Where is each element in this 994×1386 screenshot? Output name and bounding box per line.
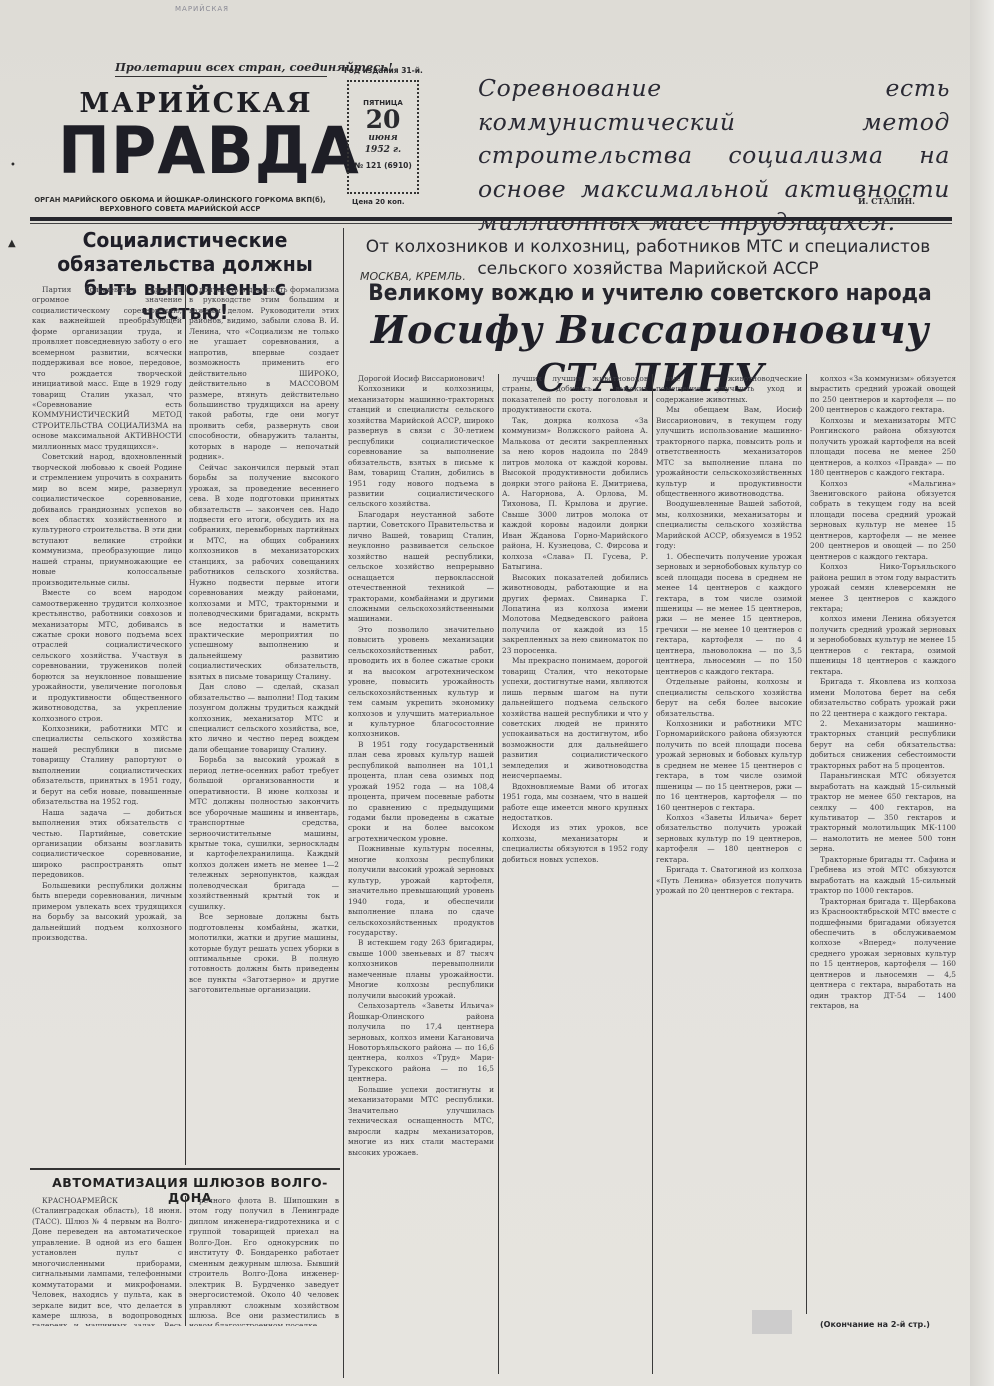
paragraph: Высоких показателей добились животноводы… [502,573,648,657]
masthead-title-main: ПРАВДА [58,114,328,188]
motto: Пролетарии всех стран, соединяйтесь! [115,60,327,77]
masthead-rule-thin [30,223,952,224]
column-divider [185,285,186,1165]
quote-author: И. СТАЛИН. [858,196,915,206]
paragraph: КРАСНОАРМЕЙСК (Сталинградская область), … [32,1196,182,1326]
continued-note: (Окончание на 2-й стр.) [820,1320,930,1329]
column-divider [652,374,653,1374]
paragraph: Большие успехи достигнуты и механизатора… [348,1085,494,1158]
letter-column-1: Дорогой Иосиф Виссарионович!Колхозники и… [348,374,494,1374]
letter-column-4: колхоз «За коммунизм» обязуется вырастит… [810,374,956,1318]
year: 1952 г. [349,144,417,156]
paragraph: Вместе со всем народом самоотверженно тр… [32,588,182,724]
paragraph: Наша задача — добиться выполнения этих о… [32,808,182,881]
print-smudge [752,1310,792,1334]
paragraph: Параньгинская МТС обязуется выработать н… [810,771,956,855]
paragraph: допускать в допускать формализма в руков… [189,285,339,463]
paragraph: Воодушевленные Вашей заботой, мы, колхоз… [656,499,802,551]
paragraph: Сейчас закончился первый этап борьбы за … [189,463,339,683]
paragraph: Тракторные бригады тт. Сафина и Гребнева… [810,855,956,897]
letter-column-2: лучших лучших животноводов страны, добил… [502,374,648,1374]
paragraph: Колхозники, работники МТС и специалисты … [32,724,182,808]
paragraph: колхоз «За коммунизм» обязуется вырастит… [810,374,956,416]
paragraph: Советский народ, вдохновленный творческо… [32,452,182,588]
paragraph: Исходя из этих уроков, все колхозы, меха… [502,823,648,865]
column-divider [806,374,807,1314]
masthead-organ-line: ОРГАН МАРИЙСКОГО ОБКОМА И ЙОШКАР-ОЛИНСКО… [30,196,330,214]
paragraph: Дан слово — сделай, сказал обязательство… [189,682,339,755]
scan-edge [970,0,994,1386]
letter-column-3: вые животноводческие помещения, улучшить… [656,374,802,1374]
masthead-rule [30,217,952,221]
paragraph: Бригада т. Сватогиной из колхоза «Путь Л… [656,865,802,896]
paragraph: Пожнивные культуры посеяны, многие колхо… [348,844,494,938]
paragraph: Все зерновые должны быть подготовлены ко… [189,912,339,996]
day: 20 [349,107,417,133]
column-divider [498,374,499,1374]
paragraph: Дорогой Иосиф Виссарионович! [348,374,494,384]
tass-column-2: речного флота В. Шипошкин в этом году по… [189,1196,339,1326]
paragraph: Благодаря неустанной заботе партии, Сове… [348,510,494,625]
scan-mark: • [10,160,16,171]
paragraph: Колхоз Нико-Торъяльского района решил в … [810,562,956,614]
paragraph: Партия большевиков придает огромное знач… [32,285,182,452]
paragraph: Бригада т. Яковлева из колхоза имени Мол… [810,677,956,719]
paragraph: Отдельные районы, колхозы и специалисты … [656,677,802,719]
paragraph: В истекшем году 263 бригадиры, свыше 100… [348,938,494,1001]
paragraph: колхоз имени Ленина обязуется получить с… [810,614,956,677]
paragraph: Колхозники и работники МТС Горномарийско… [656,719,802,813]
scan-mark: ▲ [8,238,16,249]
paragraph: Тракторная бригада т. Щербакова из Красн… [810,897,956,1012]
paragraph: Колхозники и колхозницы, механизаторы ма… [348,384,494,509]
tass-column-1: КРАСНОАРМЕЙСК (Сталинградская область), … [32,1196,182,1326]
paragraph: 2. Механизаторы машинно-тракторных станц… [810,719,956,771]
year-of-issue: Год издания 31-й. [344,66,423,75]
paragraph: Сельхозартель «Заветы Ильича» Йошкар-Оли… [348,1001,494,1085]
paragraph: Большевики республики должны быть вперед… [32,881,182,944]
paragraph: лучших лучших животноводов страны, добил… [502,374,648,416]
article-rule [30,1168,340,1170]
paragraph: Вдохновляемые Вами об итогах 1951 года, … [502,782,648,824]
column-divider [185,1196,186,1326]
paragraph: Это позволило значительно повысить урове… [348,625,494,740]
newspaper-page: МАРИЙСКАЯ Пролетарии всех стран, соединя… [0,0,994,1386]
month: июня [349,133,417,144]
issue-number: № 121 (6910) [349,161,417,170]
paragraph: 1. Обеспечить получение урожая зерновых … [656,552,802,677]
paragraph: речного флота В. Шипошкин в этом году по… [189,1196,339,1326]
paragraph: В 1951 году государственный план сева яр… [348,740,494,845]
stalin-quote: Соревнование есть коммунистический метод… [478,72,950,240]
paragraph: вые животноводческие помещения, улучшить… [656,374,802,405]
editorial-column-1: Партия большевиков придает огромное знач… [32,285,182,1175]
paragraph: Так, доярка колхоза «За коммунизм» Волжс… [502,416,648,573]
price: Цена 20 коп. [352,198,404,206]
editorial-column-2: допускать в допускать формализма в руков… [189,285,339,1165]
letter-headline: Великому вождю и учителю советского наро… [365,280,935,308]
paragraph: Мы прекрасно понимаем, дорогой товарищ С… [502,656,648,781]
library-stamp: МАРИЙСКАЯ [175,5,229,13]
paragraph: Мы обещаем Вам, Иосиф Виссарионович, в т… [656,405,802,499]
paragraph: Борьба за высокий урожай в период летне-… [189,755,339,912]
paragraph: Колхоз «Заветы Ильича» берет обязательст… [656,813,802,865]
paragraph: Колхоз «Мальгина» Звениговского района о… [810,479,956,563]
date-box: ПЯТНИЦА 20 июня 1952 г. № 121 (6910) [347,80,419,194]
paragraph: Колхозы и механизаторы МТС Ронгинского р… [810,416,956,479]
